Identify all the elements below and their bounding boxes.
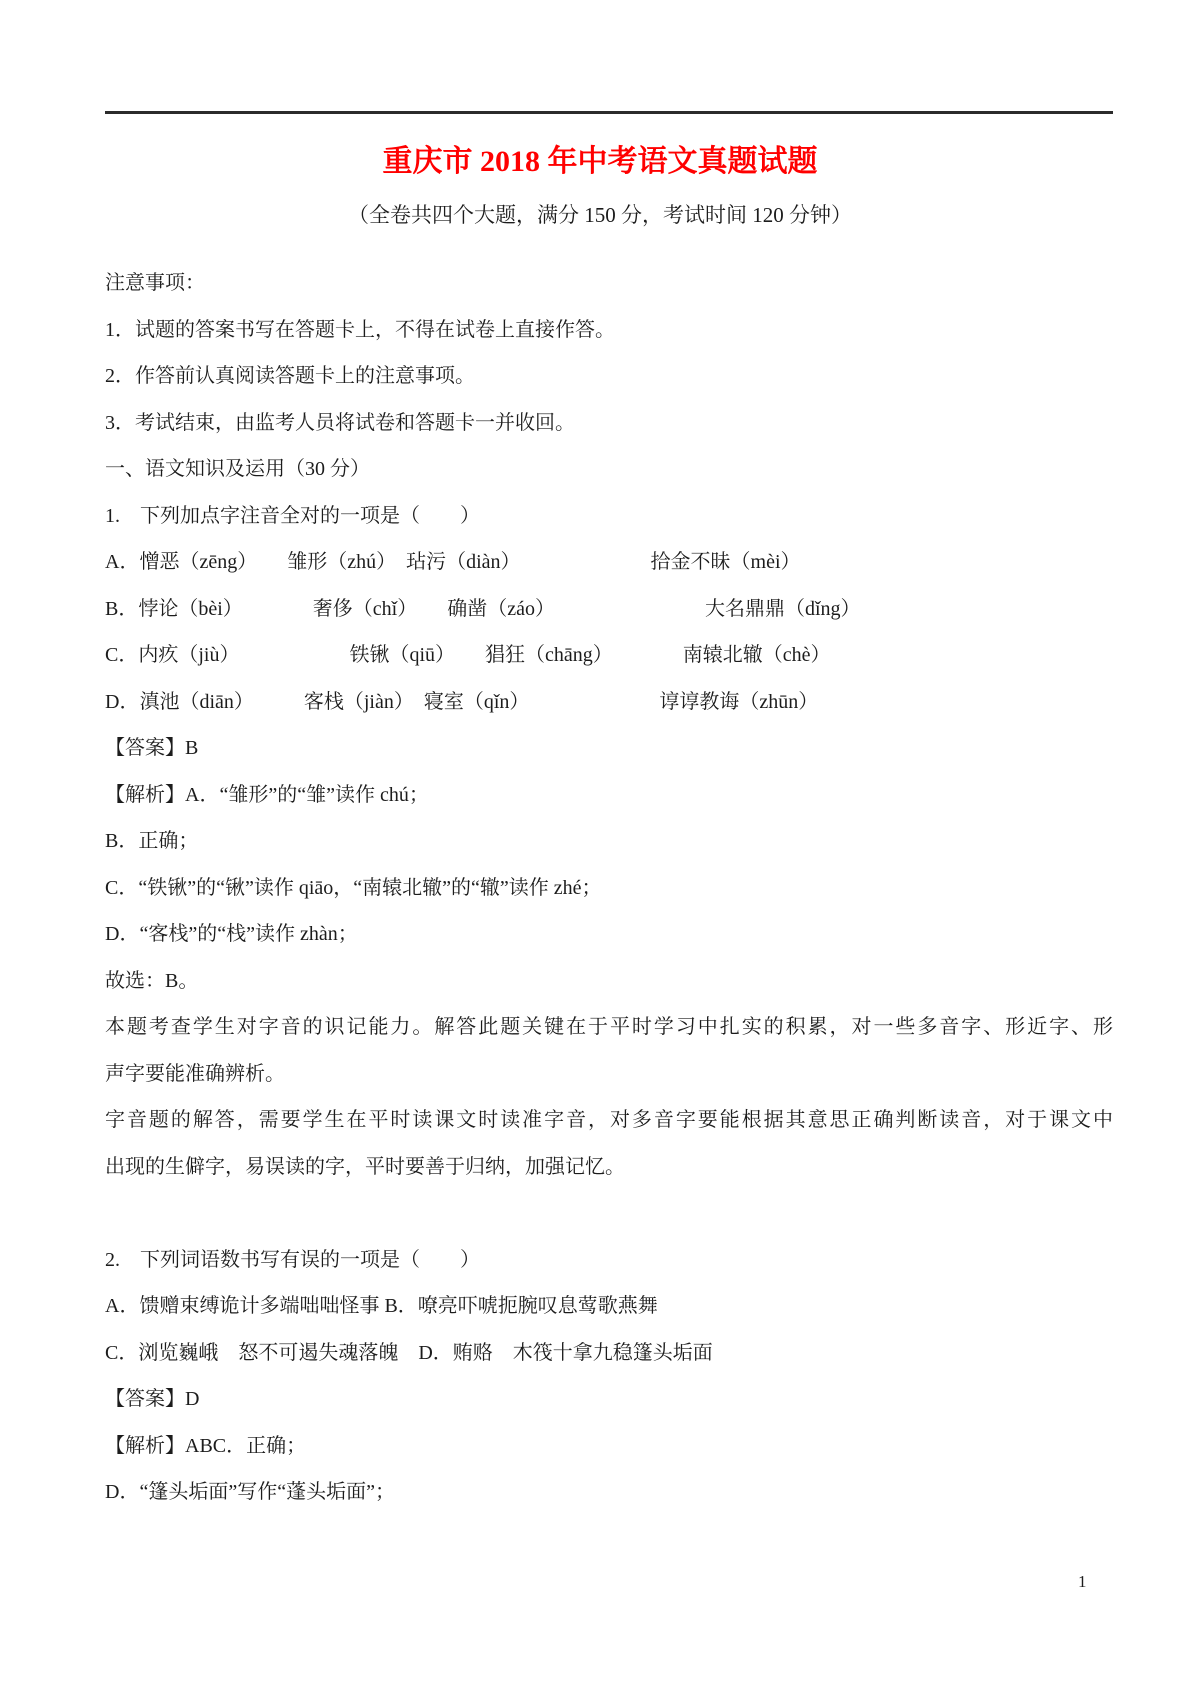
q1-commentary-line-4: 出现的生僻字，易误读的字，平时要善于归纳，加强记忆。 [105,1144,1113,1191]
notice-item-2: 2．作答前认真阅读答题卡上的注意事项。 [105,353,1113,400]
q2-analysis-d: D．“篷头垢面”写作“蓬头垢面”； [105,1469,1113,1516]
q1-option-c: C．内疚（jiù） 铁锹（qiū） 猖狂（chāng） 南辕北辙（chè） [105,632,1113,679]
document-body: 注意事项： 1．试题的答案书写在答题卡上，不得在试卷上直接作答。 2．作答前认真… [105,260,1113,1516]
exam-document-page: 重庆市 2018 年中考语文真题试题 （全卷共四个大题，满分 150 分，考试时… [0,0,1200,1698]
q2-answer: 【答案】D [105,1376,1113,1423]
q1-option-a: A．憎恶（zēng） 雏形（zhú） 玷污（diàn） 拾金不昧（mèi） [105,539,1113,586]
q1-analysis-d: D．“客栈”的“栈”读作 zhàn； [105,911,1113,958]
q2-options-cd: C．浏览巍峨 怒不可遏失魂落魄 D．贿赂 木筏十拿九稳篷头垢面 [105,1330,1113,1377]
q1-commentary-line-3: 字音题的解答，需要学生在平时读课文时读准字音，对多音字要能根据其意思正确判断读音… [105,1097,1113,1144]
q1-analysis-c: C．“铁锹”的“锹”读作 qiāo，“南辕北辙”的“辙”读作 zhé； [105,865,1113,912]
q2-analysis-abc: 【解析】ABC．正确； [105,1423,1113,1470]
header-rule [105,111,1113,114]
q1-option-b: B．悖论（bèi） 奢侈（chǐ） 确凿（záo） 大名鼎鼎（dǐng） [105,586,1113,633]
q1-option-d: D．滇池（diān） 客栈（jiàn） 寝室（qǐn） 谆谆教诲（zhūn） [105,679,1113,726]
document-subtitle: （全卷共四个大题，满分 150 分，考试时间 120 分钟） [0,200,1200,230]
page-number: 1 [1078,1570,1087,1594]
notice-item-1: 1．试题的答案书写在答题卡上，不得在试卷上直接作答。 [105,307,1113,354]
q1-analysis-b: B．正确； [105,818,1113,865]
q2-options-ab: A．馈赠束缚诡计多端咄咄怪事 B．嘹亮吓唬扼腕叹息莺歌燕舞 [105,1283,1113,1330]
q1-commentary-line-2: 声字要能准确辨析。 [105,1051,1113,1098]
q1-stem: 1. 下列加点字注音全对的一项是（ ） [105,493,1113,540]
q2-stem: 2. 下列词语数书写有误的一项是（ ） [105,1237,1113,1284]
q1-commentary-line-1: 本题考查学生对字音的识记能力。解答此题关键在于平时学习中扎实的积累，对一些多音字… [105,1004,1113,1051]
notice-heading: 注意事项： [105,260,1113,307]
q1-analysis-a: 【解析】A．“雏形”的“雏”读作 chú； [105,772,1113,819]
section-heading: 一、语文知识及运用（30 分） [105,446,1113,493]
blank-line [105,1190,1113,1237]
q1-answer: 【答案】B [105,725,1113,772]
notice-item-3: 3．考试结束，由监考人员将试卷和答题卡一并收回。 [105,400,1113,447]
q1-analysis-conclusion: 故选：B。 [105,958,1113,1005]
document-title: 重庆市 2018 年中考语文真题试题 [0,142,1200,182]
